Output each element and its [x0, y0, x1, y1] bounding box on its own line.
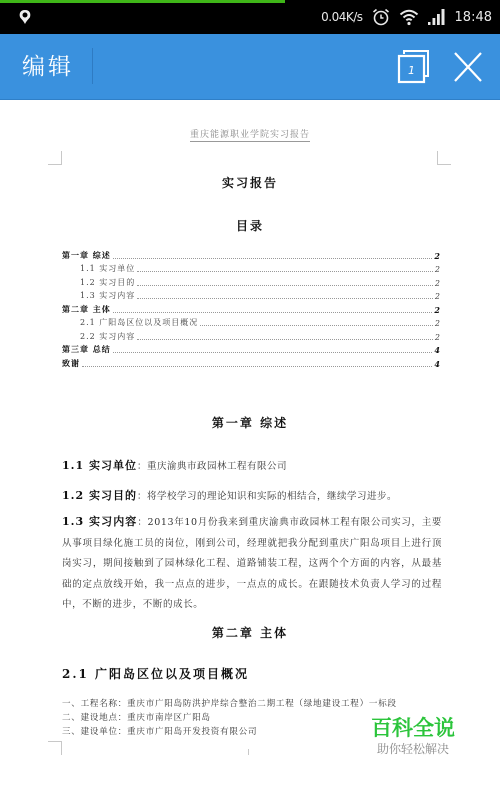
title-bar: 编辑 1 [0, 34, 500, 100]
document-header: 重庆能源职业学院实习报告 [0, 127, 500, 140]
toc-entry[interactable]: 1.2 实习目的2 [62, 274, 440, 288]
toc-entry[interactable]: 第三章 总结4 [62, 342, 440, 356]
pages-icon: 1 [395, 46, 435, 86]
project-info-item: 一、工程名称：重庆市广阳岛防洪护岸综合整治二期工程（绿地建设工程）一标段 [62, 697, 442, 711]
close-icon [450, 50, 486, 84]
toc-entry[interactable]: 2.1 广阳岛区位以及项目概况2 [62, 315, 440, 329]
section-1-1: 1.1 实习单位：重庆渝典市政园林工程有限公司 [62, 457, 442, 473]
watermark-title: 百科全说 [363, 715, 463, 741]
section-1-3: 1.3 实习内容：2013年10月份我来到重庆渝典市政园林工程有限公司实习，主要… [62, 512, 442, 616]
crop-mark [48, 741, 62, 755]
toc-entry[interactable]: 2.2 实习内容2 [62, 328, 440, 342]
toc-title: 目录 [0, 217, 500, 234]
section-1-2: 1.2 实习目的：将学校学习的理论知识和实际的相结合，继续学习进步。 [62, 487, 442, 503]
edit-button[interactable]: 编辑 [22, 48, 74, 81]
toc-entry[interactable]: 致谢4 [62, 355, 440, 369]
watermark-subtitle: 助你轻松解决 [363, 741, 463, 757]
document-title: 实习报告 [0, 174, 500, 191]
crop-mark [48, 151, 62, 165]
section-2-1-heading: 2.1 广阳岛区位以及项目概况 [62, 665, 249, 682]
watermark-logo: 百科全说 助你轻松解决 [363, 715, 463, 757]
crop-mark [248, 749, 249, 755]
toc-entry[interactable]: 1.1 实习单位2 [62, 261, 440, 275]
clock: 18:48 [455, 10, 492, 25]
signal-icon [427, 7, 447, 27]
crop-mark [437, 151, 451, 165]
wifi-icon [399, 7, 419, 27]
chapter-1-heading: 第一章 综述 [0, 414, 500, 431]
close-button[interactable] [450, 50, 486, 84]
toc-entry[interactable]: 第二章 主体2 [62, 301, 440, 315]
network-speed: 0.04K/s [321, 10, 362, 24]
status-bar: 0.04K/s 18:48 [0, 0, 500, 34]
toc-entry[interactable]: 1.3 实习内容2 [62, 288, 440, 302]
app-notification-icon [16, 8, 34, 26]
document-page[interactable]: 重庆能源职业学院实习报告 实习报告 目录 第一章 综述2 1.1 实习单位2 1… [0, 101, 500, 790]
chapter-2-heading: 第二章 主体 [0, 624, 500, 641]
alarm-icon [371, 7, 391, 27]
table-of-contents: 第一章 综述2 1.1 实习单位2 1.2 实习目的2 1.3 实习内容2 第二… [62, 247, 440, 369]
loading-progress-bar [0, 0, 285, 3]
toc-entry[interactable]: 第一章 综述2 [62, 247, 440, 261]
title-divider [92, 48, 93, 84]
pages-button[interactable]: 1 [395, 46, 435, 86]
pages-count: 1 [408, 64, 415, 77]
